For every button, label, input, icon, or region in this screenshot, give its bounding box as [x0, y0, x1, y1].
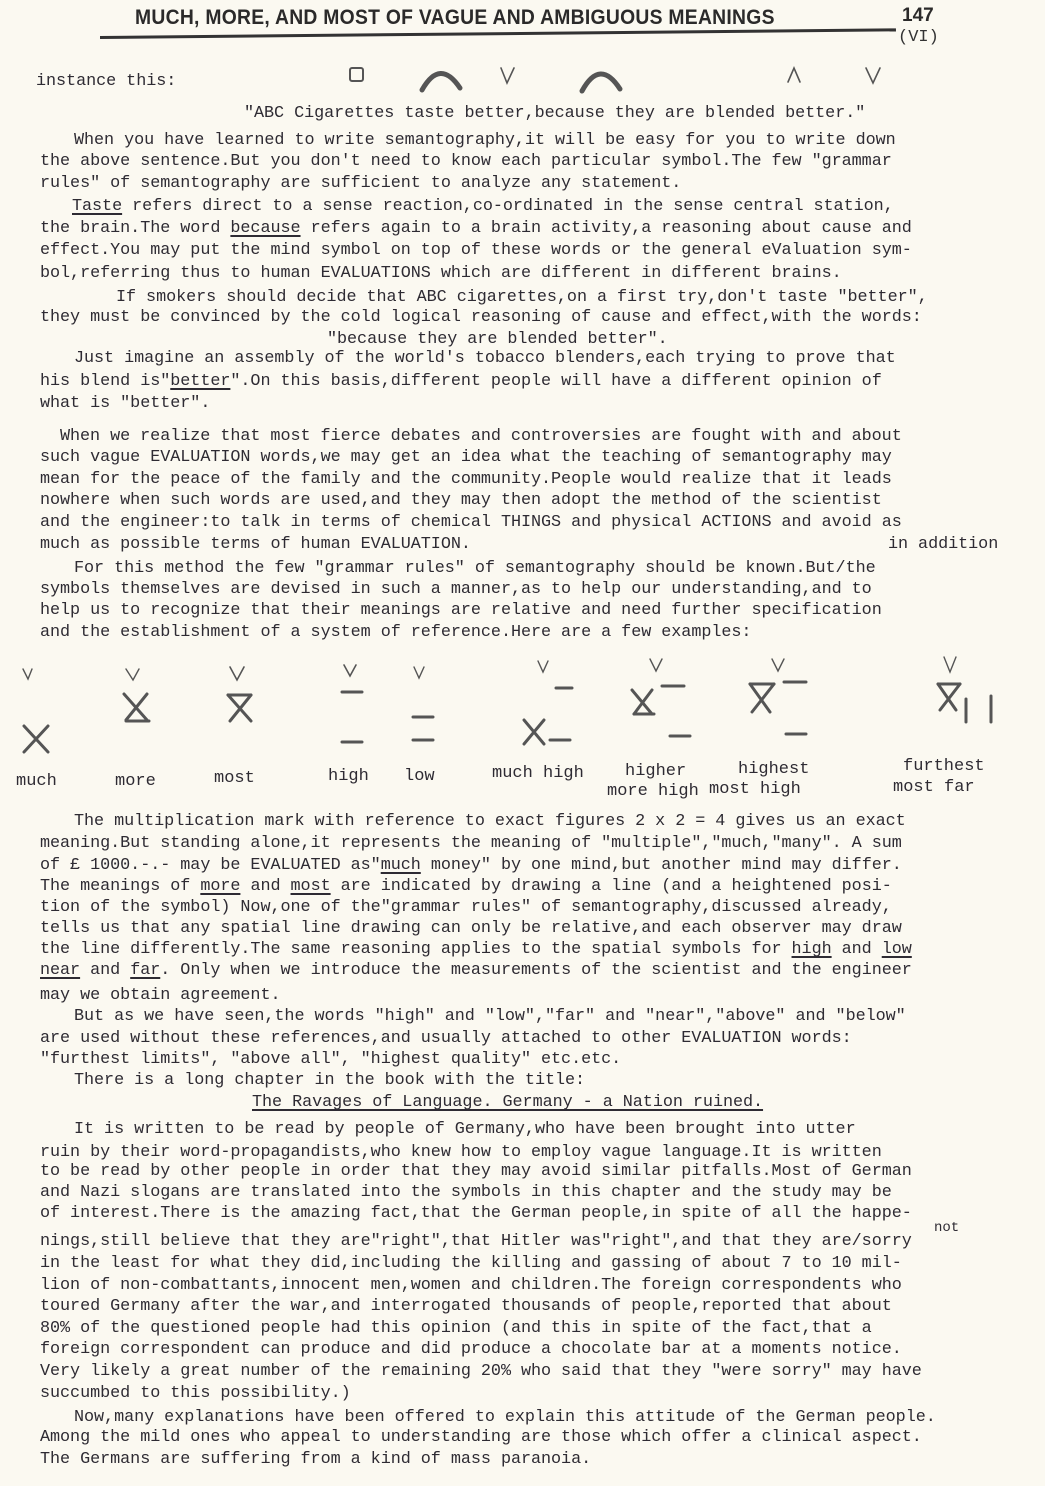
- text-line: "furthest limits", "above all", "highest…: [40, 1050, 621, 1070]
- text-line: what is "better".: [40, 394, 210, 414]
- intro-lead: instance this:: [36, 72, 176, 92]
- label-higher: higher: [625, 762, 686, 781]
- label-low: low: [404, 767, 435, 786]
- text-line: effect.You may put the mind symbol on to…: [40, 241, 912, 261]
- label-most-far: most far: [893, 778, 975, 797]
- text-line: near and far. Only when we introduce the…: [40, 961, 912, 981]
- text-line: The Ravages of Language. Germany - a Nat…: [252, 1093, 763, 1113]
- higher-symbol-icon: [628, 656, 698, 746]
- text-line: It is written to be read by people of Ge…: [74, 1120, 856, 1140]
- text-line: and Nazi slogans are translated into the…: [40, 1183, 892, 1203]
- text-line: to be read by other people in order that…: [40, 1162, 912, 1182]
- text-line: and the engineer:to talk in terms of che…: [40, 513, 902, 533]
- text-line: Among the mild ones who appeal to unders…: [40, 1428, 922, 1448]
- example-quote: "ABC Cigarettes taste better,because the…: [244, 104, 865, 124]
- text-line: mean for the peace of the family and the…: [40, 470, 892, 490]
- text-line: The meanings of more and most are indica…: [40, 877, 892, 897]
- text-line: his blend is"better".On this basis,diffe…: [40, 372, 882, 392]
- more-symbol-icon: [120, 666, 160, 736]
- text-line: There is a long chapter in the book with…: [74, 1071, 585, 1091]
- text-line: may we obtain agreement.: [40, 986, 281, 1006]
- text-line: the line differently.The same reasoning …: [40, 940, 912, 960]
- label-high: high: [328, 767, 369, 786]
- text-line: When we realize that most fierce debates…: [60, 427, 902, 447]
- most-symbol-icon: [224, 664, 264, 734]
- text-line: of £ 1000.-.- may be EVALUATED as"much m…: [40, 856, 902, 876]
- section-number: (VI): [898, 28, 939, 47]
- text-line: ruin by their word-propagandists,who kne…: [40, 1143, 882, 1163]
- text-line: tion of the symbol) Now,one of the"gramm…: [40, 898, 892, 918]
- text-line: symbols themselves are devised in such a…: [40, 580, 872, 600]
- text-line: of interest.There is the amazing fact,th…: [40, 1204, 912, 1224]
- label-furthest: furthest: [903, 757, 985, 776]
- square-icon: [348, 66, 368, 86]
- text-line: tells us that any spatial line drawing c…: [40, 919, 902, 939]
- text-line: But as we have seen,the words "high" and…: [74, 1007, 906, 1027]
- text-line: succumbed to this possibility.): [40, 1384, 351, 1404]
- chapter-heading: MUCH, MORE, AND MOST OF VAGUE AND AMBIGU…: [135, 6, 775, 30]
- text-line: 80% of the questioned people had this op…: [40, 1319, 872, 1339]
- label-most-high: most high: [709, 780, 801, 799]
- text-line: toured Germany after the war,and interro…: [40, 1297, 892, 1317]
- text-line: The Germans are suffering from a kind of…: [40, 1450, 591, 1470]
- mind-v-icon: [499, 66, 519, 86]
- up-caret-icon: [786, 66, 806, 86]
- text-line: are used without these references,and us…: [40, 1029, 852, 1049]
- text-line: Very likely a great number of the remain…: [40, 1362, 922, 1382]
- text-line: and the establishment of a system of ref…: [40, 623, 751, 643]
- label-much: much: [16, 772, 57, 791]
- arc-icon: [418, 64, 468, 94]
- page-number: 147: [902, 5, 934, 27]
- label-most: most: [214, 769, 255, 788]
- text-line: they must be convinced by the cold logic…: [40, 308, 922, 328]
- text-line: When you have learned to write semantogr…: [74, 131, 896, 151]
- text-line: help us to recognize that their meanings…: [40, 601, 882, 621]
- text-line: Taste refers direct to a sense reaction,…: [72, 197, 894, 217]
- text-line: nowhere when such words are used,and the…: [40, 491, 882, 511]
- text-line: Now,many explanations have been offered …: [74, 1408, 936, 1428]
- text-line: the above sentence.But you don't need to…: [40, 152, 892, 172]
- insertion-not: not: [934, 1218, 959, 1238]
- text-line: meaning.But standing alone,it represents…: [40, 834, 902, 854]
- text-line: nings,still believe that they are"right"…: [40, 1232, 912, 1252]
- much-symbol-icon: [18, 666, 58, 756]
- text-line: in the least for what they did,including…: [40, 1254, 902, 1274]
- text-line: If smokers should decide that ABC cigare…: [116, 288, 928, 308]
- text-line: "because they are blended better".: [327, 330, 668, 350]
- text-line: The multiplication mark with reference t…: [74, 812, 906, 832]
- insertion-note: in addition: [888, 535, 998, 555]
- label-more-high: more high: [607, 782, 699, 801]
- text-line: rules" of semantography are sufficient t…: [40, 174, 681, 194]
- high-symbol-icon: [338, 662, 378, 747]
- label-much-high: much high: [492, 764, 584, 783]
- label-highest: highest: [738, 760, 809, 779]
- text-line: bol,referring thus to human EVALUATIONS …: [40, 264, 842, 284]
- furthest-symbol-icon: [934, 654, 1004, 734]
- low-symbol-icon: [408, 664, 448, 749]
- text-line: For this method the few "grammar rules" …: [74, 559, 876, 579]
- text-line: much as possible terms of human EVALUATI…: [40, 535, 471, 555]
- text-line: the brain.The word because refers again …: [40, 219, 912, 239]
- mind-v-icon: [864, 66, 884, 86]
- much-high-symbol-icon: [520, 658, 580, 748]
- highest-symbol-icon: [746, 656, 816, 746]
- text-line: foreign correspondent can produce and di…: [40, 1340, 902, 1360]
- text-line: such vague EVALUATION words,we may get a…: [40, 448, 892, 468]
- text-line: Just imagine an assembly of the world's …: [74, 349, 896, 369]
- label-more: more: [115, 772, 156, 791]
- text-line: lion of non-combattants,innocent men,wom…: [40, 1276, 902, 1296]
- arc-icon: [578, 64, 628, 94]
